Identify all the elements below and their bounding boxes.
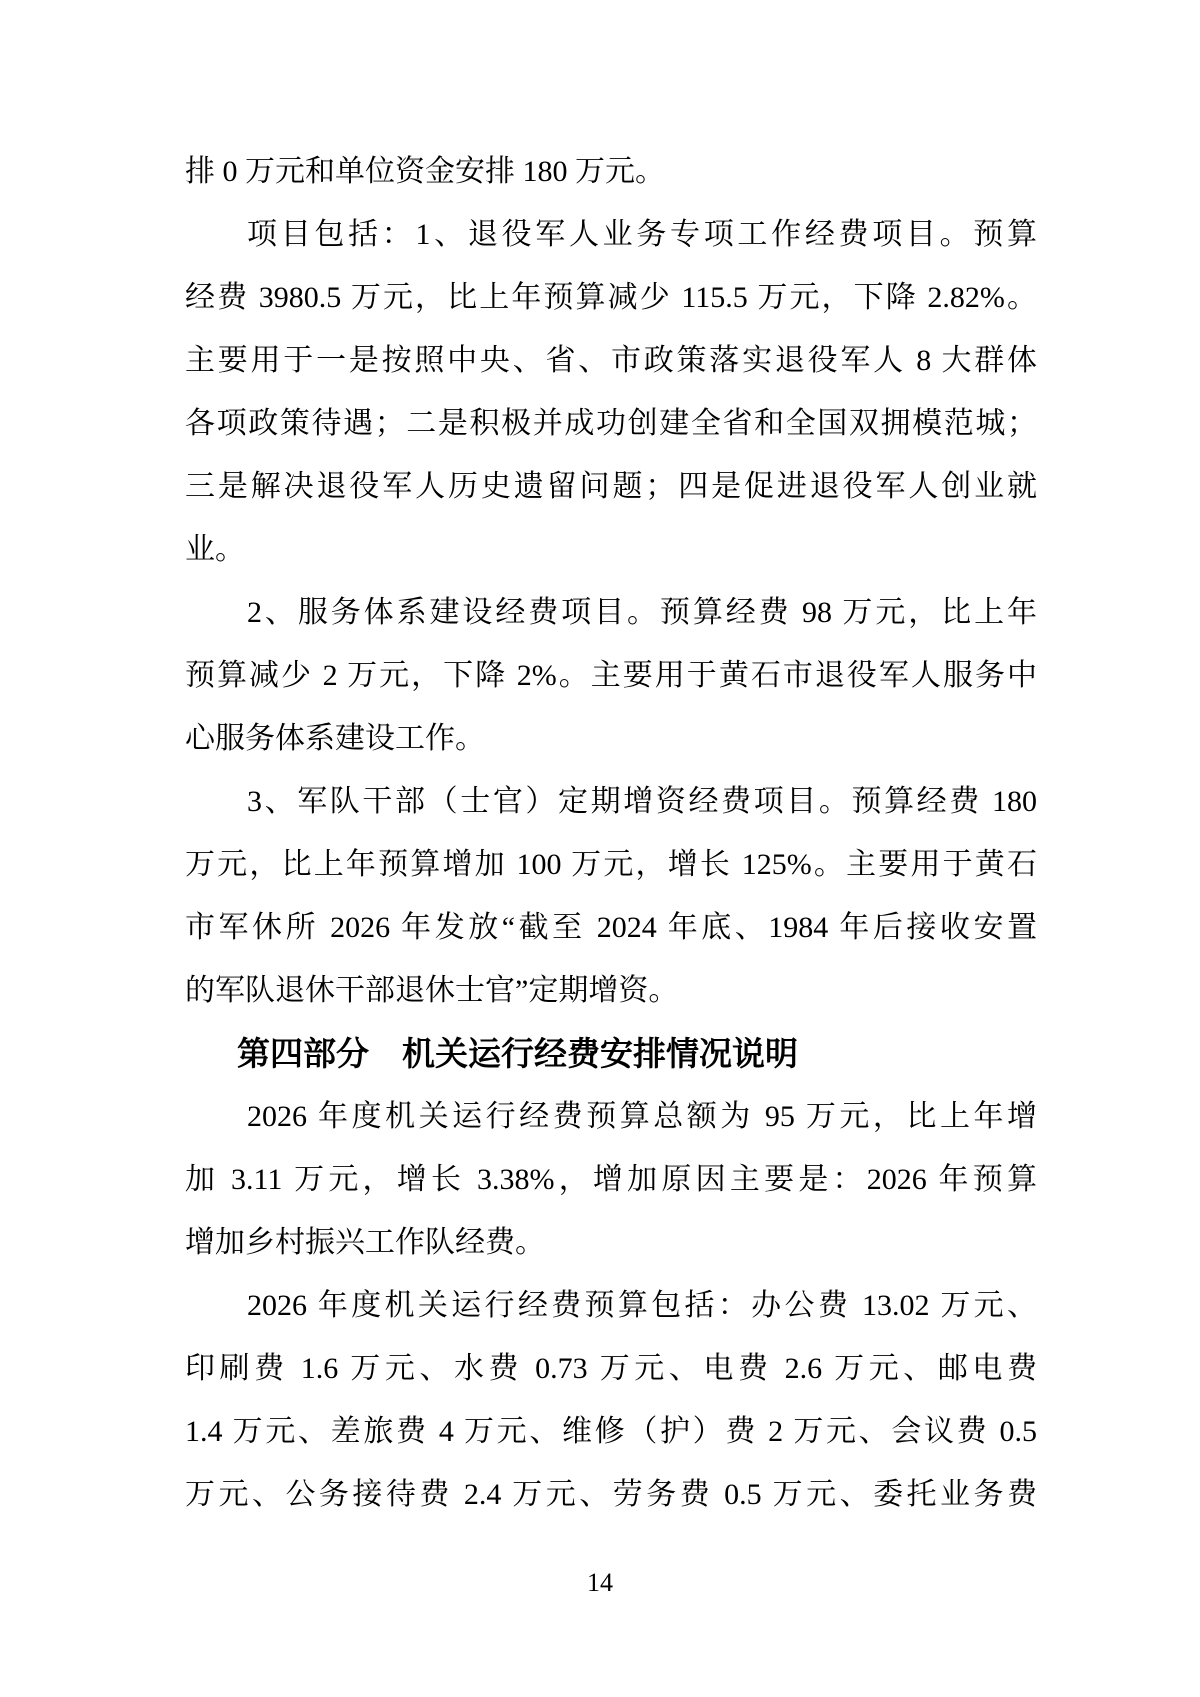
body-text-line: 市军休所 2026 年发放“截至 2024 年底、1984 年后接收安置 bbox=[185, 896, 1037, 959]
body-text-line: 3、军队干部（士官）定期增资经费项目。预算经费 180 bbox=[185, 770, 1037, 833]
body-text-line: 2、服务体系建设经费项目。预算经费 98 万元，比上年 bbox=[185, 581, 1037, 644]
body-text-line: 增加乡村振兴工作队经费。 bbox=[185, 1211, 1037, 1274]
body-text-line: 加 3.11 万元，增长 3.38%，增加原因主要是：2026 年预算 bbox=[185, 1148, 1037, 1211]
body-text-line: 2026 年度机关运行经费预算总额为 95 万元，比上年增 bbox=[185, 1085, 1037, 1148]
document-page: 排 0 万元和单位资金安排 180 万元。项目包括：1、退役军人业务专项工作经费… bbox=[0, 0, 1200, 1697]
body-text-line: 三是解决退役军人历史遗留问题；四是促进退役军人创业就 bbox=[185, 455, 1037, 518]
body-text-line: 排 0 万元和单位资金安排 180 万元。 bbox=[185, 140, 1037, 203]
section-heading: 第四部分 机关运行经费安排情况说明 bbox=[185, 1022, 1037, 1085]
body-text-line: 的军队退休干部退休士官”定期增资。 bbox=[185, 959, 1037, 1022]
body-text-line: 主要用于一是按照中央、省、市政策落实退役军人 8 大群体 bbox=[185, 329, 1037, 392]
body-text-line: 万元，比上年预算增加 100 万元，增长 125%。主要用于黄石 bbox=[185, 833, 1037, 896]
body-text-line: 心服务体系建设工作。 bbox=[185, 707, 1037, 770]
body-text-line: 2026 年度机关运行经费预算包括：办公费 13.02 万元、 bbox=[185, 1274, 1037, 1337]
body-text-line: 预算减少 2 万元，下降 2%。主要用于黄石市退役军人服务中 bbox=[185, 644, 1037, 707]
body-text-line: 印刷费 1.6 万元、水费 0.73 万元、电费 2.6 万元、邮电费 bbox=[185, 1337, 1037, 1400]
body-text-line: 各项政策待遇；二是积极并成功创建全省和全国双拥模范城； bbox=[185, 392, 1037, 455]
body-text-line: 项目包括：1、退役军人业务专项工作经费项目。预算 bbox=[185, 203, 1037, 266]
body-text-line: 经费 3980.5 万元，比上年预算减少 115.5 万元，下降 2.82%。 bbox=[185, 266, 1037, 329]
body-text-line: 万元、公务接待费 2.4 万元、劳务费 0.5 万元、委托业务费 bbox=[185, 1463, 1037, 1526]
body-text-line: 1.4 万元、差旅费 4 万元、维修（护）费 2 万元、会议费 0.5 bbox=[185, 1400, 1037, 1463]
page-number: 14 bbox=[0, 1566, 1200, 1600]
document-body: 排 0 万元和单位资金安排 180 万元。项目包括：1、退役军人业务专项工作经费… bbox=[185, 140, 1037, 1526]
body-text-line: 业。 bbox=[185, 518, 1037, 581]
